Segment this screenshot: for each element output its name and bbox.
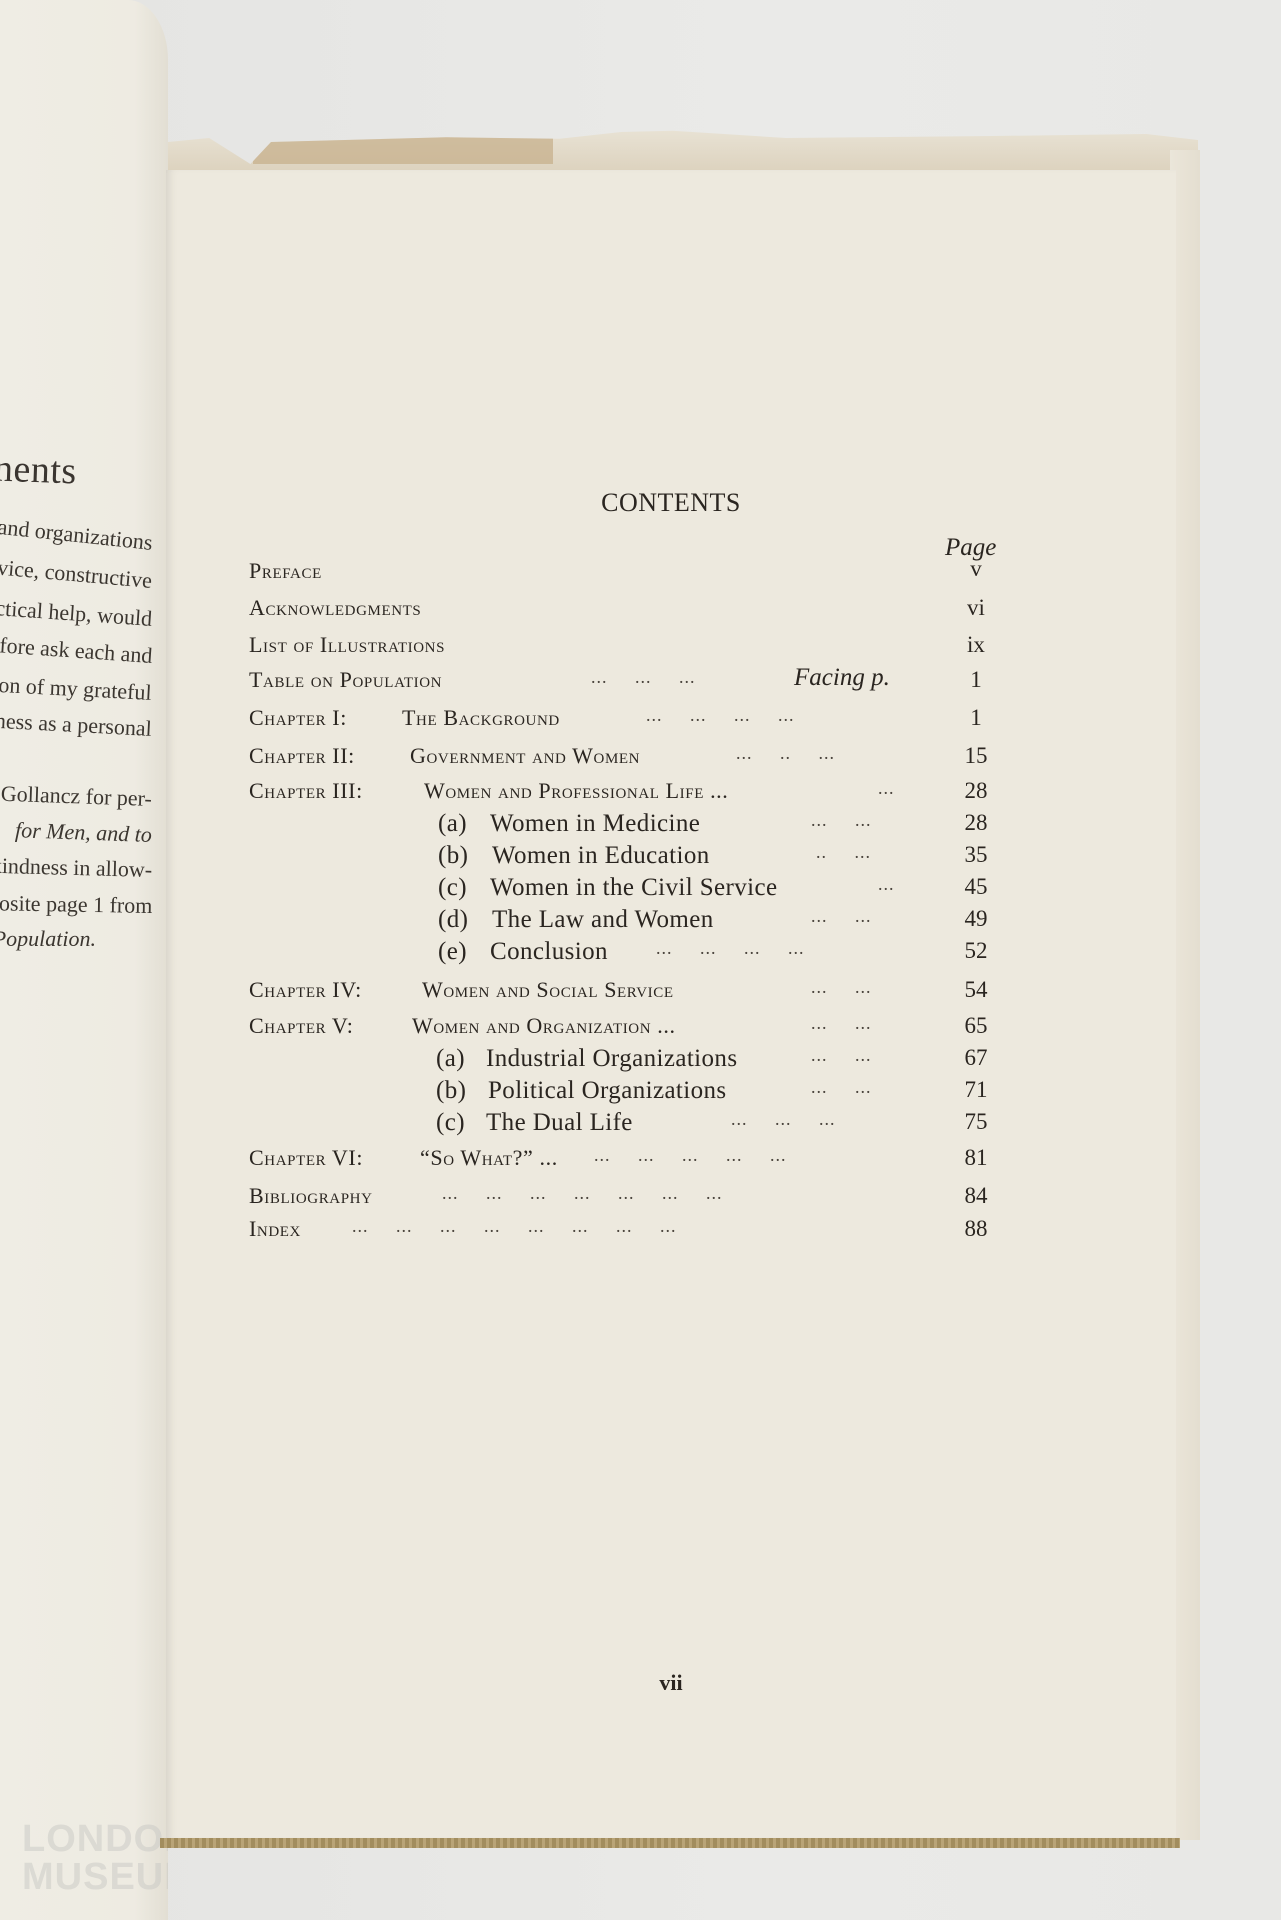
toc-subentry: (d) The Law and Women ... ... 49 [166, 906, 1176, 936]
toc-entry-page: 35 [956, 842, 996, 868]
page-bottom-edge [160, 1838, 1180, 1848]
toc-subentry: (c) The Dual Life ... ... ... 75 [166, 1109, 1176, 1139]
toc-entry-page: 1 [956, 705, 996, 731]
toc-entry-leaders: ... ... [811, 810, 872, 831]
left-page-line: r Gollancz for per- [0, 780, 152, 812]
toc-entry: Index ... ... ... ... ... ... ... ... 88 [166, 1216, 1176, 1246]
left-page-line: Population. [0, 926, 96, 952]
toc-entry-label: Acknowledgments [249, 595, 421, 621]
toc-entry-leaders: ... [878, 778, 895, 799]
toc-entry-page: 67 [956, 1045, 996, 1071]
toc-entry-page: ix [956, 632, 996, 658]
toc-entry-leaders: ... ... [811, 1013, 872, 1034]
toc-entry-label: Preface [249, 558, 322, 584]
toc-entry-page: 49 [956, 906, 996, 932]
toc-entry-leaders: ... ... ... ... ... [594, 1145, 787, 1166]
toc-entry-page: 52 [956, 938, 996, 964]
watermark-line: MUSEUM [22, 1858, 168, 1896]
toc-entry-label: Women in Education [492, 842, 710, 870]
toc-entry-page: vi [956, 595, 996, 621]
toc-entry-label: Industrial Organizations [486, 1045, 737, 1073]
toc-entry-page: 45 [956, 874, 996, 900]
toc-entry-label: Women and Professional Life ... [424, 778, 728, 804]
left-facing-page: nents s and organizations advice, constr… [0, 0, 168, 1920]
toc-chapter-tag: Chapter II: [249, 743, 355, 769]
toc-entry: Chapter III: Women and Professional Life… [166, 778, 1176, 808]
toc-entry-label: “So What?” ... [420, 1145, 558, 1171]
toc-chapter-tag: Chapter VI: [249, 1145, 363, 1171]
toc-chapter-tag: Chapter III: [249, 778, 363, 804]
left-page-line: ractical help, would [0, 594, 153, 632]
toc-chapter-tag: Chapter IV: [249, 977, 362, 1003]
watermark: LONDON MUSEUM [22, 1820, 168, 1896]
toc-chapter-tag: Chapter V: [249, 1013, 353, 1039]
toc-entry: Bibliography ... ... ... ... ... ... ...… [166, 1183, 1176, 1213]
toc-subentry: (b) Political Organizations ... ... 71 [166, 1077, 1176, 1107]
toc-entry-leaders: ... ... ... ... ... ... ... [442, 1183, 723, 1204]
toc-entry-page: 75 [956, 1109, 996, 1135]
toc-entry-label: List of Illustrations [249, 632, 445, 658]
toc-entry: Chapter II: Government and Women ... .. … [166, 743, 1176, 773]
toc-entry-page: v [956, 556, 996, 582]
toc-sub-tag: (a) [436, 1045, 465, 1073]
toc-entry-label: Government and Women [410, 743, 640, 769]
toc-entry-leaders: ... ... [811, 1077, 872, 1098]
toc-entry-label: The Law and Women [492, 906, 714, 934]
toc-entry: Chapter VI: “So What?” ... ... ... ... .… [166, 1145, 1176, 1175]
toc-entry-label: Conclusion [490, 938, 608, 966]
left-page-line: edness as a personal [0, 707, 153, 742]
page-number: vii [166, 1670, 1176, 1696]
toc-entry: Chapter V: Women and Organization ... ..… [166, 1013, 1176, 1043]
toc-entry-leaders: ... [878, 874, 895, 895]
page-title: CONTENTS [166, 488, 1176, 518]
toc-sub-tag: (e) [438, 938, 467, 966]
toc-entry: Chapter IV: Women and Social Service ...… [166, 977, 1176, 1007]
toc-entry-page: 84 [956, 1183, 996, 1209]
toc-subentry: (c) Women in the Civil Service ... 45 [166, 874, 1176, 904]
toc-chapter-tag: Chapter I: [249, 705, 347, 731]
left-page-line: posite page 1 from [0, 890, 152, 919]
toc-entry-leaders: ... .. ... [736, 743, 835, 764]
toc-entry-label: The Dual Life [486, 1109, 633, 1137]
toc-subentry: (a) Women in Medicine ... ... 28 [166, 810, 1176, 840]
toc-entry-label: Bibliography [249, 1183, 373, 1209]
toc-subentry: (b) Women in Education .. ... 35 [166, 842, 1176, 872]
toc-entry-leaders: ... ... ... ... [646, 705, 795, 726]
toc-entry-label: Women and Social Service [422, 977, 674, 1003]
toc-entry: Preface v [166, 558, 1176, 588]
toc-entry-page: 28 [956, 778, 996, 804]
toc-entry-label: Index [249, 1216, 301, 1242]
left-page-line: ssion of my grateful [0, 671, 153, 706]
toc-entry: Acknowledgments vi [166, 595, 1176, 625]
left-page-line: refore ask each and [0, 631, 153, 669]
toc-entry-leaders: ... ... [811, 1045, 872, 1066]
toc-sub-tag: (b) [438, 842, 468, 870]
toc-entry-label: Women and Organization ... [412, 1013, 676, 1039]
toc-entry-label: Women in the Civil Service [490, 874, 778, 902]
toc-entry: List of Illustrations ix [166, 632, 1176, 662]
toc-entry: Table on Population ... ... ... Facing p… [166, 667, 1176, 697]
toc-sub-tag: (a) [438, 810, 467, 838]
toc-entry-page: 71 [956, 1077, 996, 1103]
toc-entry-leaders: ... ... [811, 906, 872, 927]
left-page-line: r kindness in allow- [0, 852, 152, 883]
toc-entry-leaders: ... ... ... [591, 667, 696, 688]
toc-sub-tag: (b) [436, 1077, 466, 1105]
toc-entry-page: 1 [956, 667, 996, 693]
toc-entry-page: 54 [956, 977, 996, 1003]
toc-entry-page: 81 [956, 1145, 996, 1171]
toc-subentry: (a) Industrial Organizations ... ... 67 [166, 1045, 1176, 1075]
toc-sub-tag: (d) [438, 906, 468, 934]
toc-sub-tag: (c) [438, 874, 467, 902]
toc-entry-page: 28 [956, 810, 996, 836]
toc-entry: Chapter I: The Background ... ... ... ..… [166, 705, 1176, 735]
toc-entry-page: 88 [956, 1216, 996, 1242]
toc-entry-leaders: .. ... [816, 842, 871, 863]
toc-entry-leaders: ... ... ... ... [656, 938, 805, 959]
toc-subentry: (e) Conclusion ... ... ... ... 52 [166, 938, 1176, 968]
toc-entry-label: The Background [402, 705, 560, 731]
left-page-line: s and organizations [0, 512, 153, 556]
toc-sub-tag: (c) [436, 1109, 465, 1137]
toc-entry-leaders: ... ... ... [731, 1109, 836, 1130]
toc-facing-label: Facing p. [794, 664, 890, 692]
toc-entry-leaders: ... ... ... ... ... ... ... ... [352, 1216, 677, 1237]
toc-entry-page: 65 [956, 1013, 996, 1039]
contents-page: CONTENTS Page Preface v Acknowledgments … [166, 170, 1176, 1840]
toc-entry-page: 15 [956, 743, 996, 769]
left-page-line: for Men, and to [15, 817, 153, 848]
left-page-heading: nents [0, 447, 77, 494]
toc-entry-label: Table on Population [249, 667, 442, 693]
watermark-line: LONDON [22, 1820, 168, 1858]
toc-entry-label: Women in Medicine [490, 810, 700, 838]
toc-entry-label: Political Organizations [488, 1077, 727, 1105]
toc-entry-leaders: ... ... [811, 977, 872, 998]
left-page-line: advice, constructive [0, 553, 153, 594]
